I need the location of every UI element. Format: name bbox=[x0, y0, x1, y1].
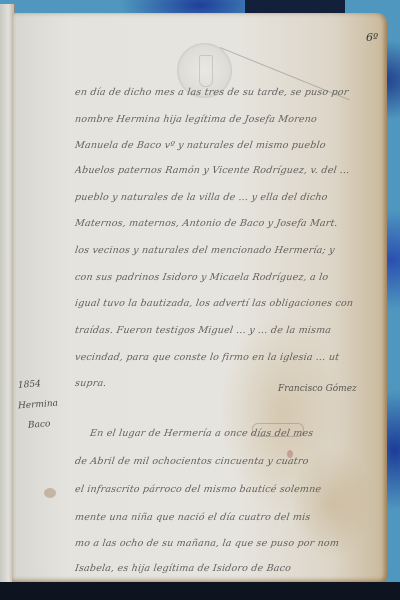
margin-year: 1854 bbox=[18, 379, 42, 391]
text-line: igual tuvo la bautizada, los advertí las… bbox=[74, 298, 381, 309]
text-line: el infrascrito párroco del mismo bauticé… bbox=[74, 484, 381, 495]
margin-surname: Baco bbox=[28, 419, 51, 431]
text-line: En el lugar de Hermería a once días del … bbox=[89, 428, 381, 439]
text-line: Isabela, es hija legítima de Isidoro de … bbox=[74, 563, 381, 574]
folio-number: 6º bbox=[366, 31, 378, 44]
text-line: Maternos, maternos, Antonio de Baco y Jo… bbox=[74, 218, 381, 229]
text-line: supra. bbox=[74, 378, 136, 389]
text-line: con sus padrinos Isidoro y Micaela Rodrí… bbox=[74, 272, 381, 283]
text-line: mo a las ocho de su mañana, la que se pu… bbox=[74, 538, 381, 549]
crest-icon bbox=[199, 55, 213, 87]
background-dark-strip bbox=[0, 582, 400, 600]
text-line: vecindad, para que conste lo firmo en la… bbox=[74, 352, 381, 363]
text-line: de Abril de mil ochocientos cincuenta y … bbox=[74, 456, 381, 467]
text-line: pueblo y naturales de la villa de ... y … bbox=[74, 192, 381, 203]
signature: Francisco Gómez bbox=[278, 384, 357, 394]
text-line: en día de dicho mes a las tres de su tar… bbox=[74, 87, 381, 98]
text-line: traídas. Fueron testigos Miguel ... y ..… bbox=[74, 325, 381, 336]
stain bbox=[44, 488, 56, 498]
text-line: mente una niña que nació el día cuatro d… bbox=[74, 512, 381, 523]
background-dark-fabric bbox=[245, 0, 345, 14]
text-line: nombre Hermina hija legítima de Josefa M… bbox=[74, 114, 381, 125]
text-line: los vecinos y naturales del mencionado H… bbox=[74, 245, 381, 256]
text-line: Manuela de Baco vº y naturales del mismo… bbox=[74, 140, 381, 151]
text-line: Abuelos paternos Ramón y Vicente Rodrígu… bbox=[74, 165, 381, 176]
